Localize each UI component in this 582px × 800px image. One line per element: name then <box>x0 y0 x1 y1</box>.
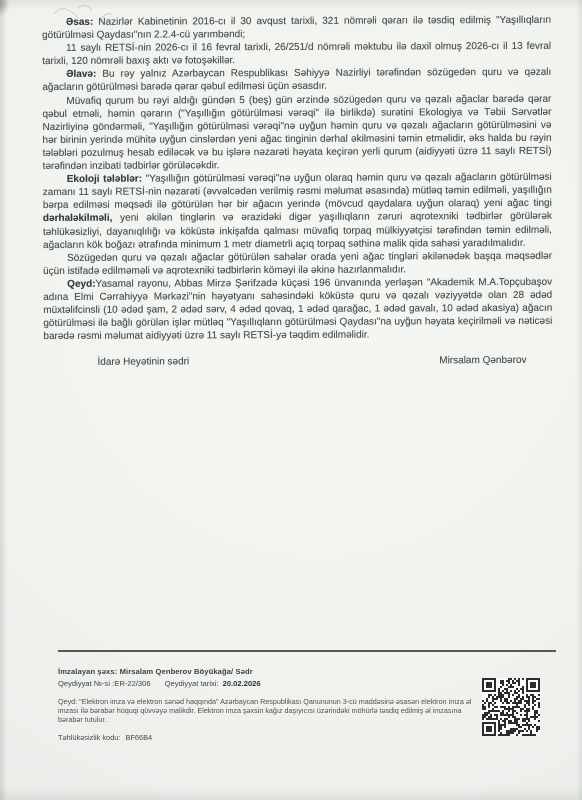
document-body: Əsas: Nazirlər Kabinetinin 2016-cı il 30… <box>42 14 553 370</box>
muvafiq-text: Müvafiq qurum bu rəyi aldığı gündən 5 (b… <box>42 93 551 172</box>
signer-value: Mirsalam Qenberov Böyükağa/ Sədr <box>120 667 253 676</box>
ekoloji-bold-word: dərhaləkilməli, <box>43 213 113 224</box>
elave-text: Bu rəy yalnız Azərbaycan Respublikası Sə… <box>42 67 551 93</box>
signature-name: Mirsalam Qənbərov <box>439 354 526 367</box>
reg-no-label: Qeydiyyat №-si : <box>58 679 114 688</box>
ekoloji-label: Ekoloji tələblər: <box>67 174 142 185</box>
qr-code <box>482 678 540 736</box>
signer-line: İmzalayan şəxs: Mirsalam Qenberov Böyüka… <box>58 667 556 676</box>
security-code-label: Təhlükəsizlik kodu: <box>58 733 120 742</box>
paragraph-ekoloji: Ekoloji tələblər: "Yaşıllığın götürülməs… <box>43 171 552 252</box>
ekoloji-text-b: yeni əkilən tinglərin və ərazidəki digər… <box>43 211 552 250</box>
elave-label: Əlavə: <box>66 69 96 80</box>
reg-no-value: ER-22/306 <box>114 679 150 688</box>
esas-text: Nazirlər Kabinetinin 2016-cı il 30 avqus… <box>42 15 551 41</box>
document-page: Əsas: Nazirlər Kabinetinin 2016-cı il 30… <box>0 0 582 800</box>
security-code-value: BF66B4 <box>125 733 152 742</box>
paragraph-qeyd: Qeyd:Yasamal rayonu, Abbas Mirzə Şərifza… <box>43 276 552 344</box>
esas-label: Əsas: <box>66 17 93 28</box>
sozugeden-text: Sözügedən quru və qəzalı ağaclar götürül… <box>43 250 552 276</box>
qeyd-text: Yasamal rayonu, Abbas Mirzə Şərifzadə kü… <box>43 277 552 343</box>
paragraph-sozugeden: Sözügedən quru və qəzalı ağaclar götürül… <box>43 249 552 277</box>
reg-date-label: Qeydiyyat tarixi: <box>165 679 219 688</box>
signer-label: İmzalayan şəxs: <box>58 667 117 676</box>
reg-date-value: 20.02.2026 <box>223 679 261 688</box>
paragraph-retsi-letter: 11 saylı RETSİ-nin 2026-cı il 16 fevral … <box>42 40 551 68</box>
paragraph-muvafiq: Müvafiq qurum bu rəyi aldığı gündən 5 (b… <box>42 92 551 173</box>
paragraph-esas: Əsas: Nazirlər Kabinetinin 2016-cı il 30… <box>42 14 551 42</box>
qeyd-label: Qeyd: <box>67 279 95 290</box>
e-signature-footer: İmzalayan şəxs: Mirsalam Qenberov Böyüka… <box>58 650 556 742</box>
scan-corner-smudge <box>0 0 10 16</box>
signature-row: İdarə Heyətinin sədri Mirsalam Qənbərov <box>43 354 552 369</box>
retsi-text: 11 saylı RETSİ-nin 2026-cı il 16 fevral … <box>42 41 551 67</box>
signature-title: İdarə Heyətinin sədri <box>97 356 189 369</box>
paragraph-elave: Əlavə: Bu rəy yalnız Azərbaycan Respubli… <box>42 66 551 94</box>
legal-note: Qeyd: "Elektron imza və elektron sənəd h… <box>58 697 478 725</box>
